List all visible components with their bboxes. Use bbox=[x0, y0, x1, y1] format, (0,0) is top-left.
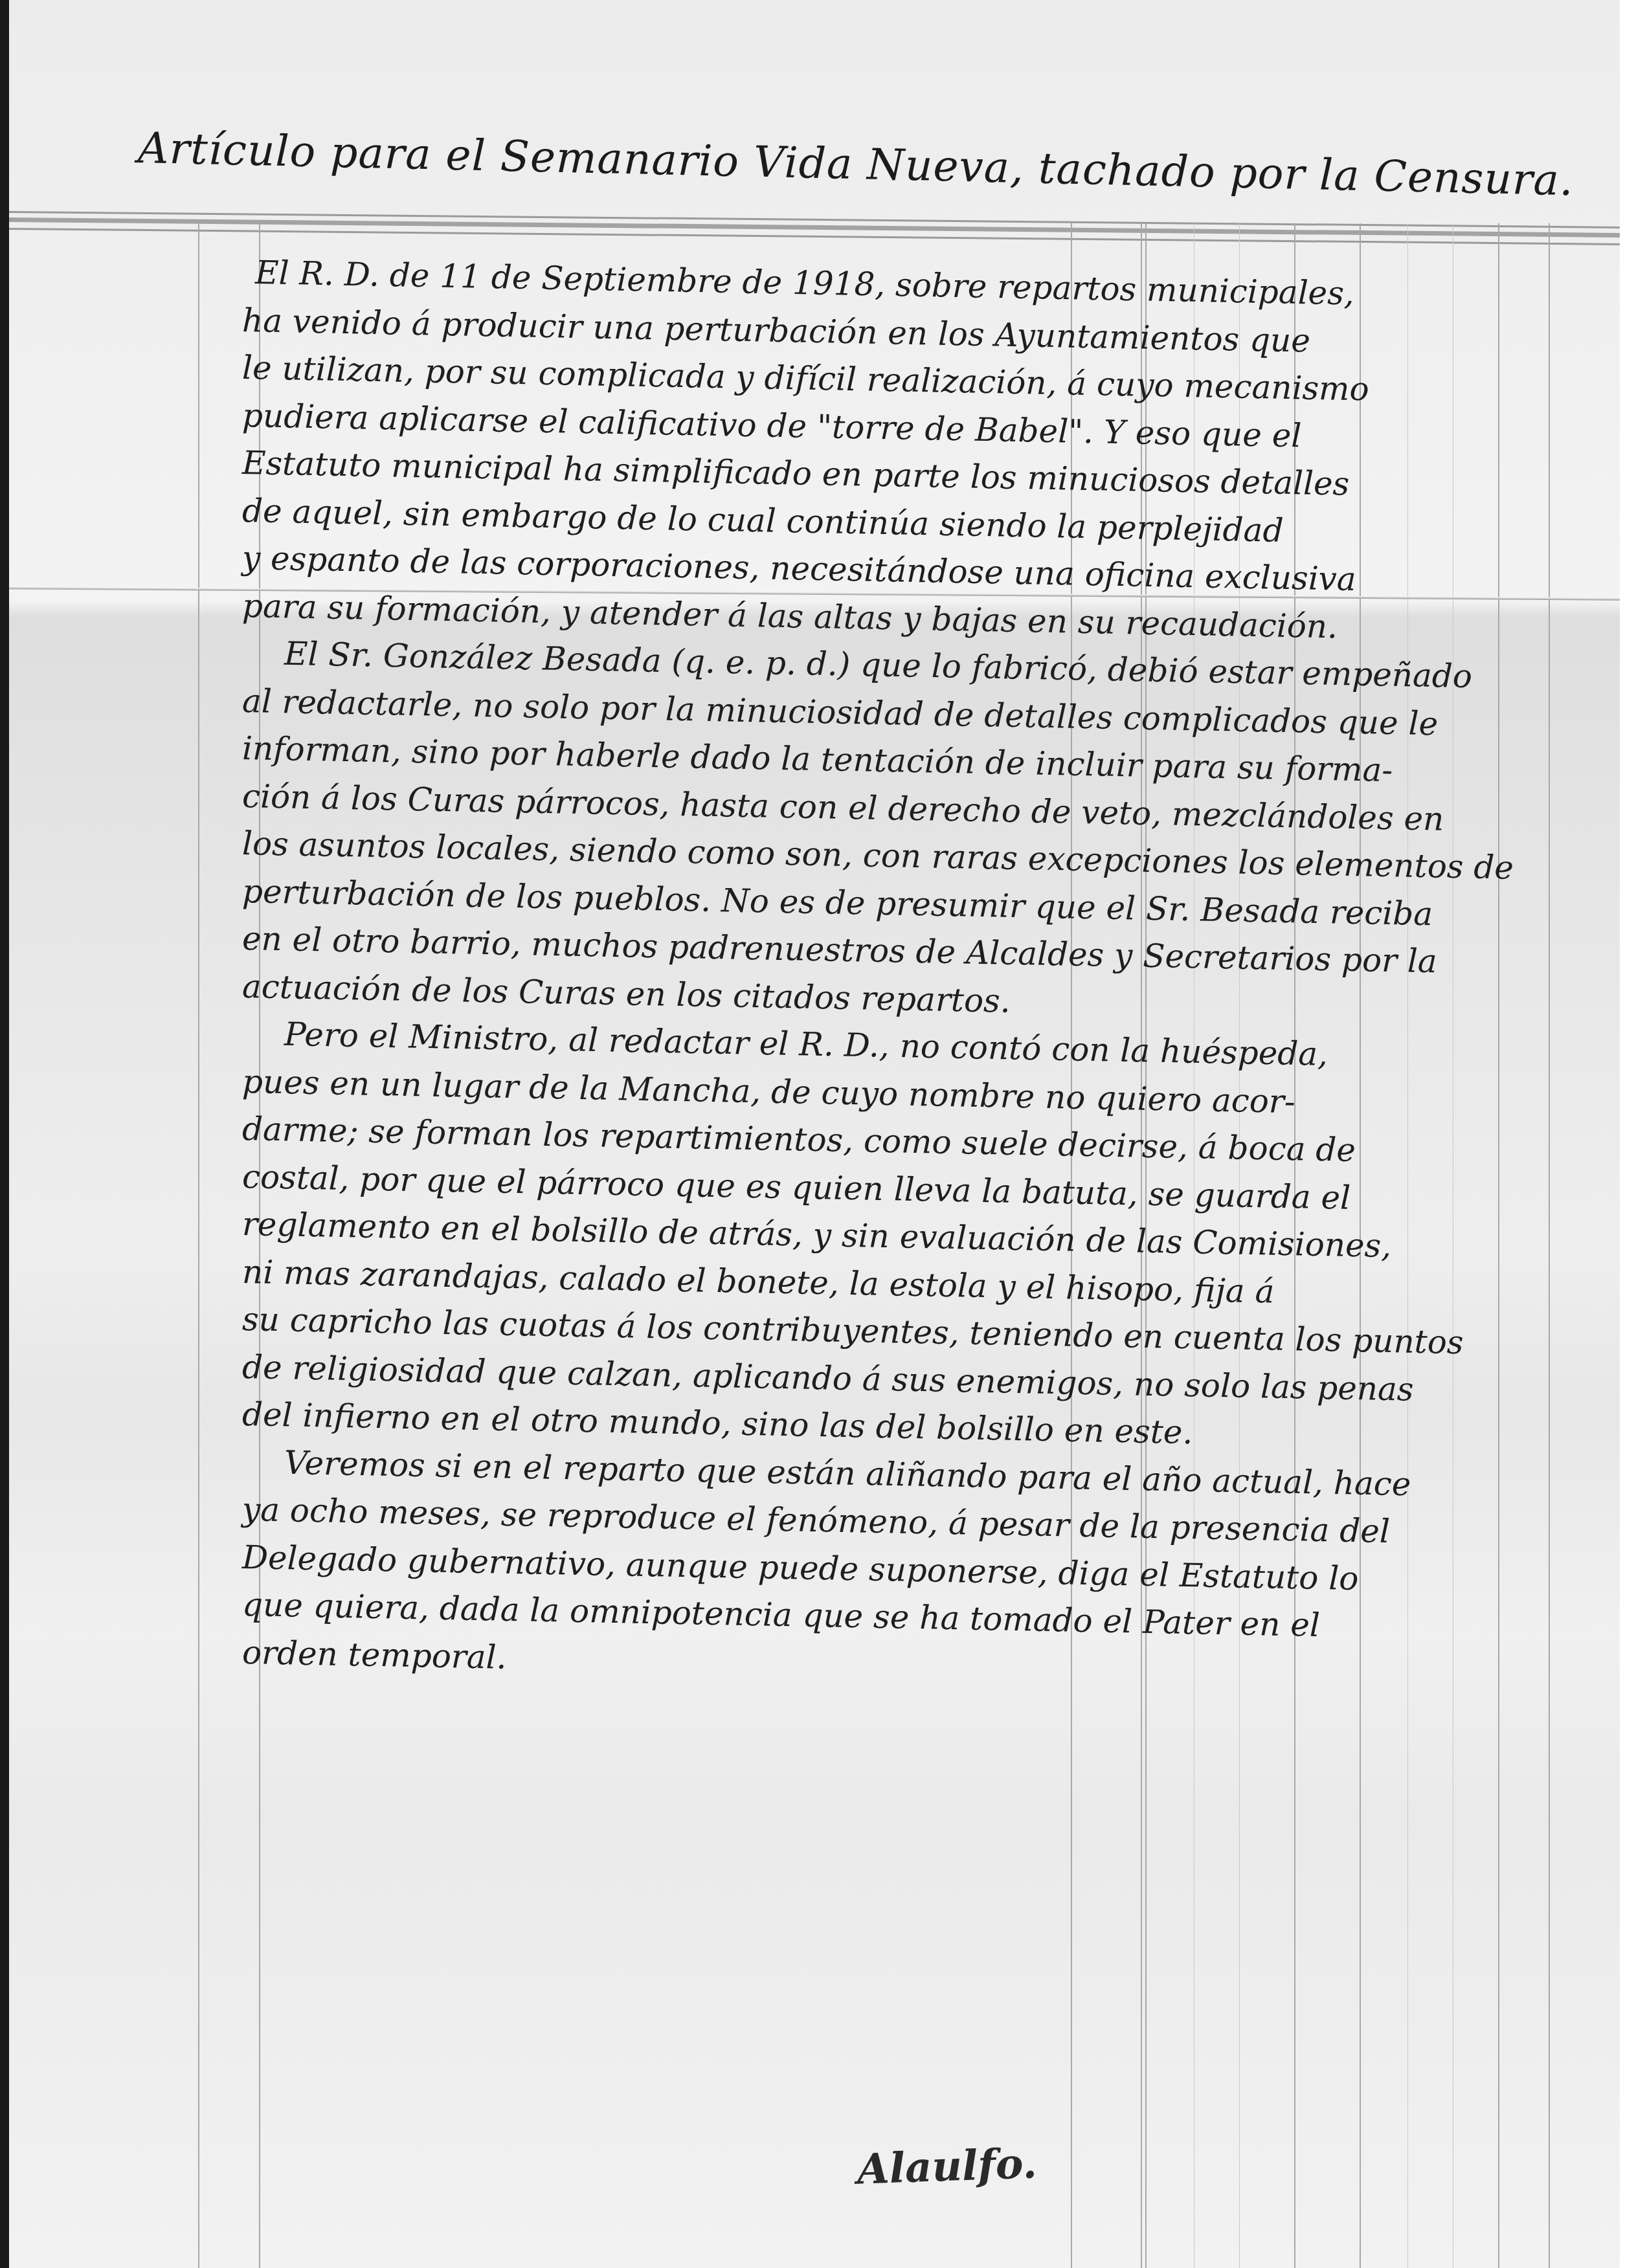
paragraph-1: El R. D. de 11 de Septiembre de 1918, so… bbox=[255, 249, 1582, 630]
paragraph-4: Veremos si en el reparto que están aliña… bbox=[255, 1439, 1582, 1677]
scan-left-edge bbox=[0, 0, 9, 2268]
article-body: El R. D. de 11 de Septiembre de 1918, so… bbox=[255, 249, 1582, 1676]
scan-right-margin bbox=[1620, 0, 1647, 2268]
author-signature: Alaulfo. bbox=[857, 2139, 1038, 2194]
margin-line-1 bbox=[198, 223, 199, 2268]
ledger-sheet: Artículo para el Semanario Vida Nueva, t… bbox=[9, 0, 1620, 2268]
paragraph-3: Pero el Ministro, al redactar el R. D., … bbox=[255, 1010, 1582, 1439]
paragraph-2: El Sr. González Besada (q. e. p. d.) que… bbox=[255, 630, 1582, 1010]
document-title: Artículo para el Semanario Vida Nueva, t… bbox=[137, 123, 1530, 205]
